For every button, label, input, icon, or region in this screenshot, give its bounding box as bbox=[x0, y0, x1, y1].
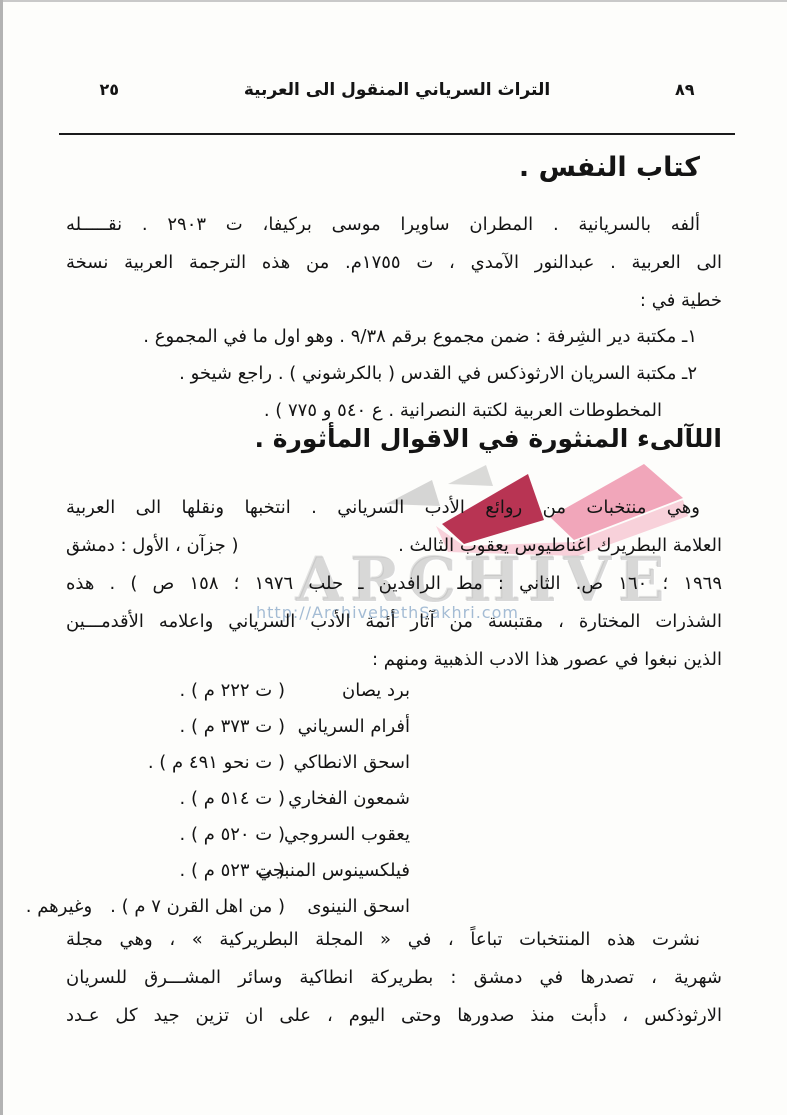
text-line: ١٩٦٩ ؛ ١٦٠ ص. الثاني : مط الرافدين ـ حلب… bbox=[66, 565, 722, 603]
authors-etc: وغيرهم . bbox=[26, 889, 92, 925]
author-date: ( ت نحو ٤٩١ م ) . bbox=[148, 745, 285, 781]
section2-paragraph: وهي منتخبات من روائع الأدب السرياني . ان… bbox=[66, 489, 722, 679]
author-date: ( ت ٣٧٣ م ) . bbox=[180, 709, 286, 745]
author-name: اسحق الانطاكي bbox=[285, 745, 410, 781]
author-name: برد يصان bbox=[285, 673, 410, 709]
text-line: شهرية ، تصدرها في دمشق : بطريركة انطاكية… bbox=[66, 959, 722, 997]
manuscript-list: ١ـ مكتبة دير الشِرفة : ضمن مجموع برقم ٩/… bbox=[66, 318, 697, 429]
section1-heading: كتاب النفس . bbox=[519, 152, 700, 183]
author-date: ( ت ٢٢٢ م ) . bbox=[180, 673, 286, 709]
list-item: ٢ـ مكتبة السريان الارثوذكس في القدس ( با… bbox=[66, 355, 697, 392]
text-line-left: ( جزآن ، الأول : دمشق bbox=[66, 527, 239, 565]
text-line: الارثوذكس ، دأبت منذ صدورها وحتى اليوم ،… bbox=[66, 997, 722, 1035]
author-row: يعقوب السروجي( ت ٥٢٠ م ) . bbox=[26, 817, 410, 853]
header-rule bbox=[59, 133, 735, 135]
author-name: يعقوب السروجي bbox=[285, 817, 410, 853]
author-row: شمعون الفخاري( ت ٥١٤ م ) . bbox=[26, 781, 410, 817]
text-line: ألفه بالسريانية . المطران ساويرا موسى بر… bbox=[66, 206, 722, 244]
author-row: فيلكسينوس المنبجي( ت ٥٢٣ م ) . bbox=[26, 853, 410, 889]
text-line: خطية في : bbox=[66, 282, 722, 320]
running-title: التراث السرياني المنقول الى العربية bbox=[119, 80, 675, 100]
authors-list: برد يصان( ت ٢٢٢ م ) .أفرام السرياني( ت ٣… bbox=[26, 673, 410, 925]
closing-paragraph: نشرت هذه المنتخبات تباعاً ، في « المجلة … bbox=[66, 921, 722, 1035]
scanned-page: ARCHIVE http://ArchivebethSakhri.com ٨٩ … bbox=[0, 0, 787, 1115]
author-row: برد يصان( ت ٢٢٢ م ) . bbox=[26, 673, 410, 709]
text-line: وهي منتخبات من روائع الأدب السرياني . ان… bbox=[66, 489, 722, 527]
text-line: الى العربية . عبدالنور الآمدي ، ت ١٧٥٥م.… bbox=[66, 244, 722, 282]
text-line: العلامة البطريرك اغناطيوس يعقوب الثالث .… bbox=[66, 527, 722, 565]
author-row: اسحق النينوى( من اهل القرن ٧ م ) .وغيرهم… bbox=[26, 889, 410, 925]
page-number-left: ٨٩ bbox=[675, 80, 735, 99]
author-date: ( ت ٥٢٠ م ) . bbox=[180, 817, 286, 853]
section2-heading: اللآلىء المنثورة في الاقوال المأثورة . bbox=[255, 424, 722, 453]
text-line: نشرت هذه المنتخبات تباعاً ، في « المجلة … bbox=[66, 921, 722, 959]
section1-paragraph: ألفه بالسريانية . المطران ساويرا موسى بر… bbox=[66, 206, 722, 320]
text-line-right: العلامة البطريرك اغناطيوس يعقوب الثالث . bbox=[398, 527, 722, 565]
author-name: فيلكسينوس المنبجي bbox=[285, 853, 410, 889]
list-item: ١ـ مكتبة دير الشِرفة : ضمن مجموع برقم ٩/… bbox=[66, 318, 697, 355]
author-row: أفرام السرياني( ت ٣٧٣ م ) . bbox=[26, 709, 410, 745]
author-date: ( ت ٥١٤ م ) . bbox=[180, 781, 286, 817]
author-row: اسحق الانطاكي( ت نحو ٤٩١ م ) . bbox=[26, 745, 410, 781]
text-line: الشذرات المختارة ، مقتبسة من آثار أئمة ا… bbox=[66, 603, 722, 641]
page-number-right: ٢٥ bbox=[59, 80, 119, 99]
author-name: أفرام السرياني bbox=[285, 709, 410, 745]
page-header: ٨٩ التراث السرياني المنقول الى العربية ٢… bbox=[59, 80, 735, 100]
author-name: اسحق النينوى bbox=[285, 889, 410, 925]
author-name: شمعون الفخاري bbox=[285, 781, 410, 817]
author-date: ( من اهل القرن ٧ م ) . bbox=[110, 889, 285, 925]
author-date: ( ت ٥٢٣ م ) . bbox=[180, 853, 286, 889]
